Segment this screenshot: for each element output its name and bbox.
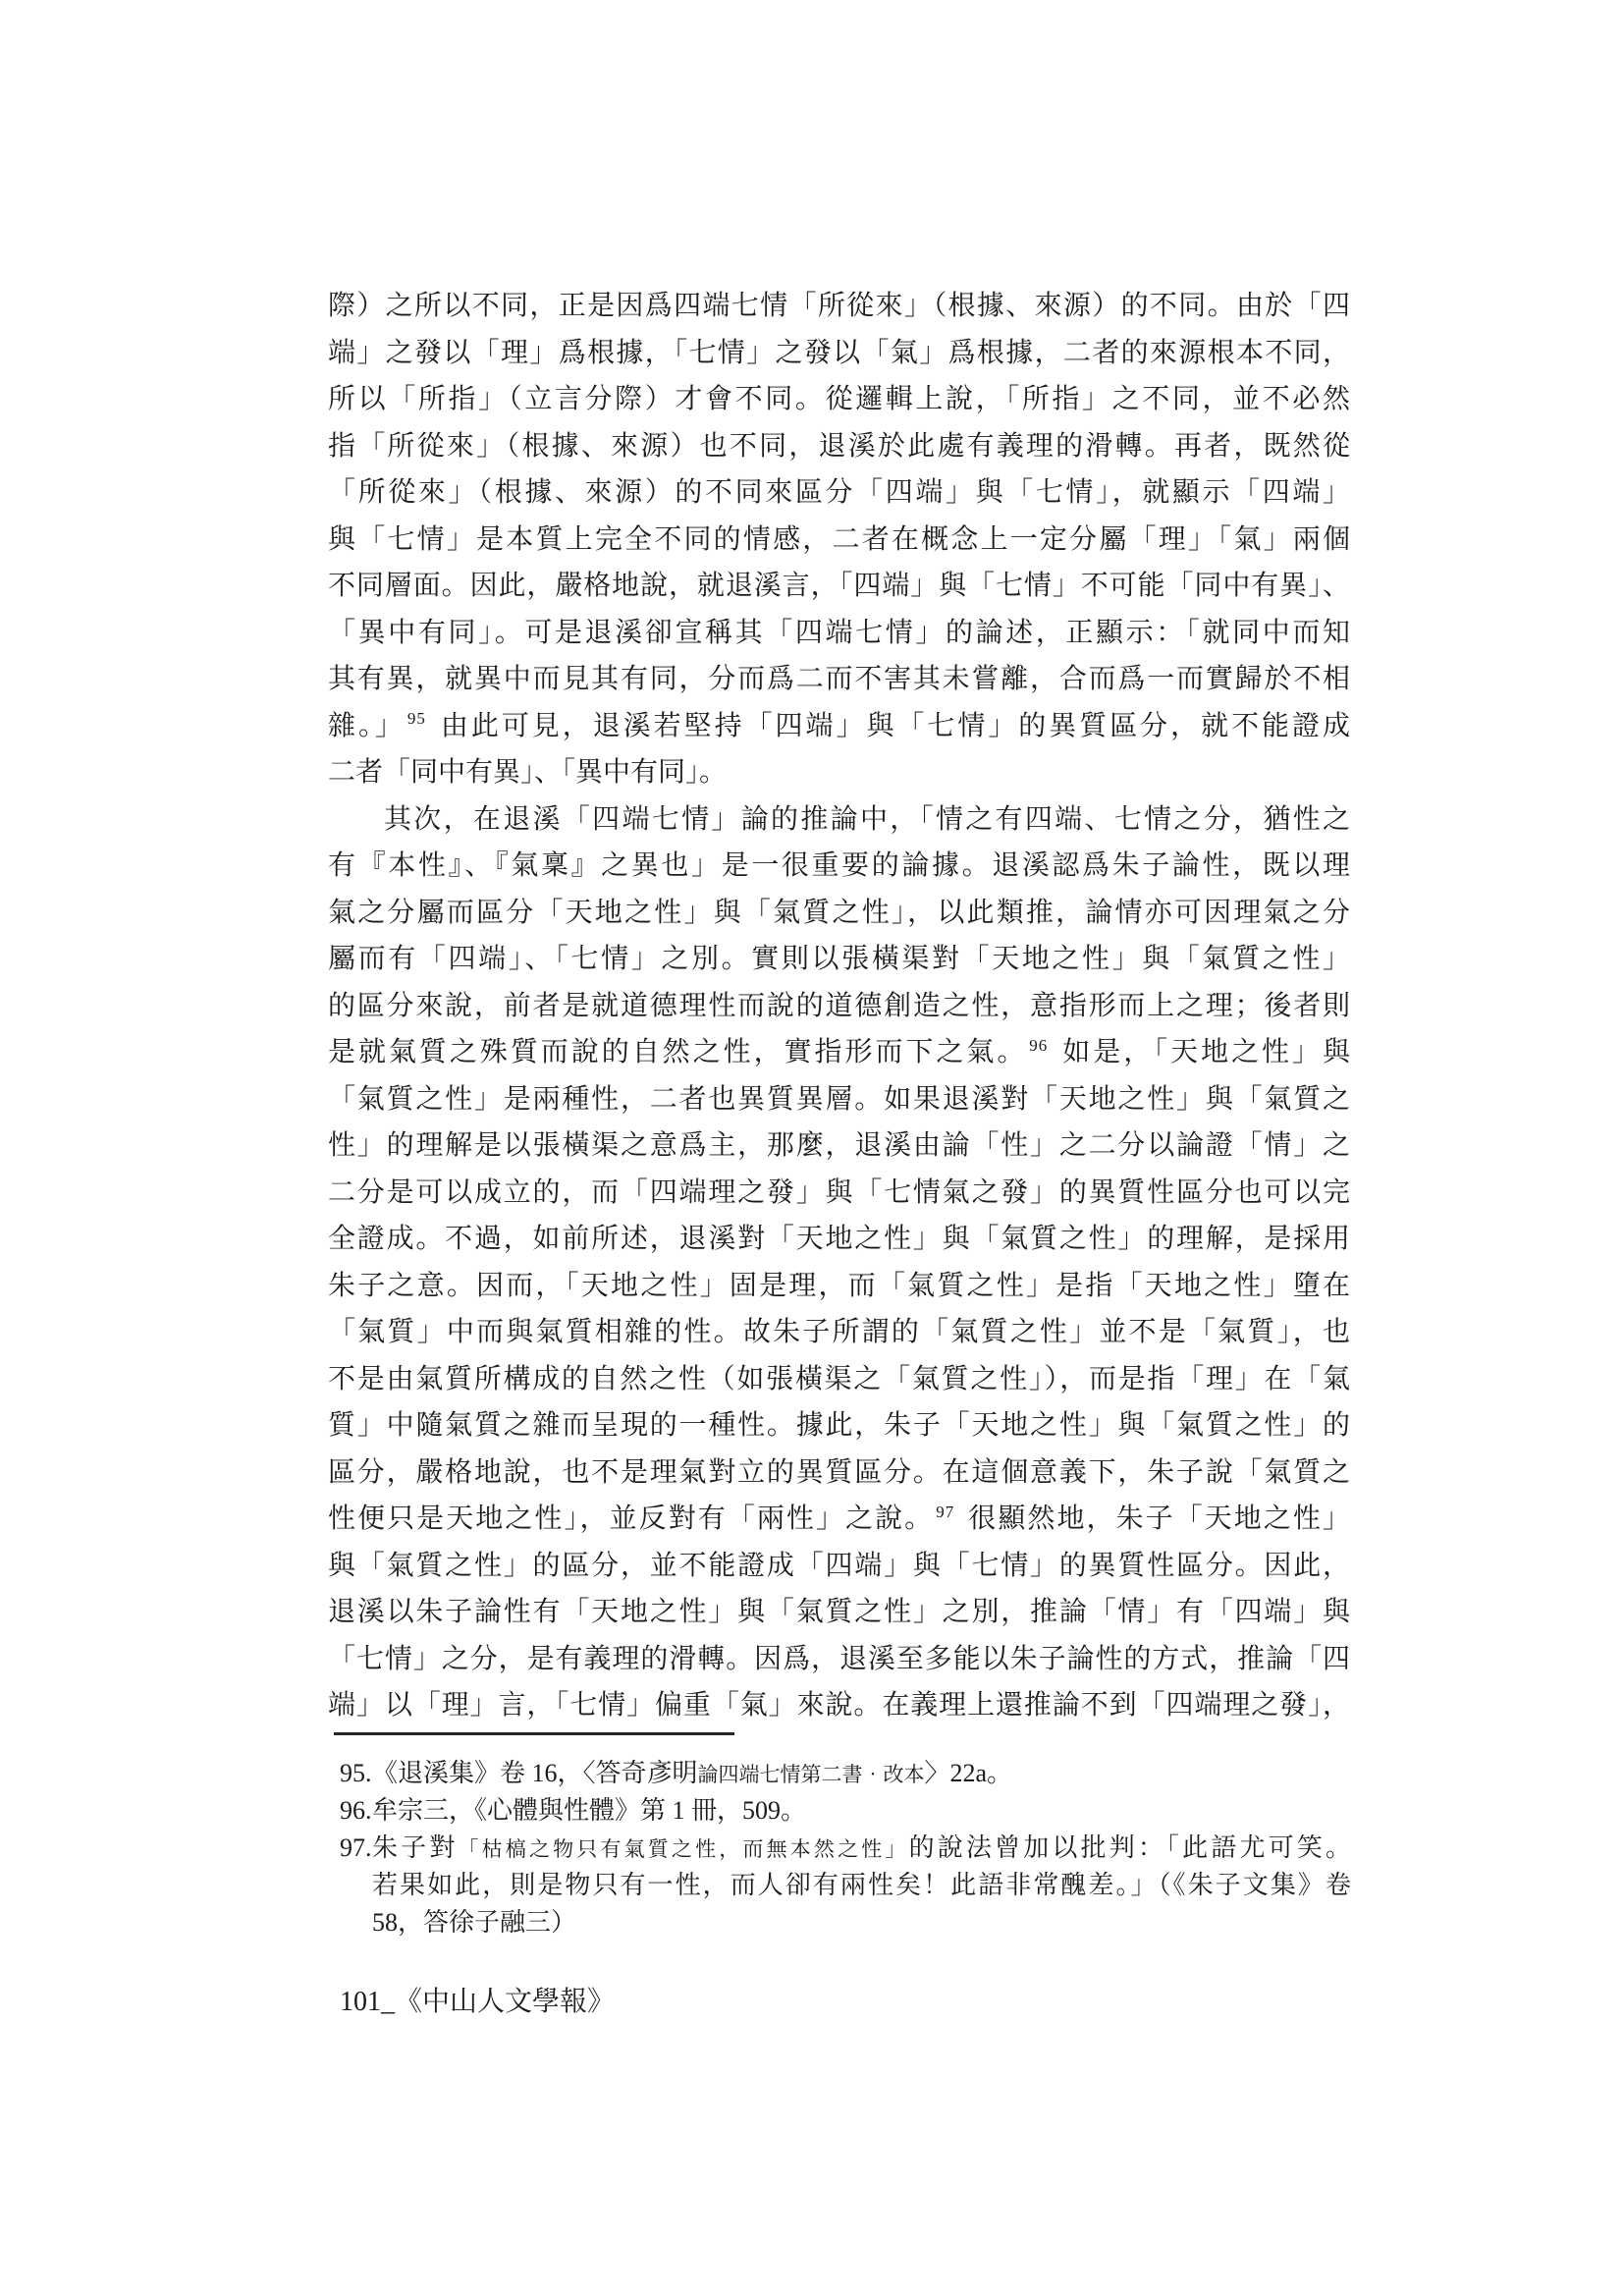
footnote-ref: 97 <box>936 1503 954 1521</box>
page-footer: 101_《中山人文學報》 <box>340 1986 615 2019</box>
body-line: 不同層面。因此，嚴格地說，就退溪言，「四端」與「七情」不可能「同中有異」、 <box>328 563 1350 610</box>
text-run: 全證成。不過，如前所述，退溪對「天地之性」與「氣質之性」的理解，是採用 <box>328 1224 1350 1254</box>
text-run: 與「氣質之性」的區分，並不能證成「四端」與「七情」的異質性區分。因此， <box>328 1551 1350 1581</box>
body-line: 朱子之意。因而，「天地之性」固是理，而「氣質之性」是指「天地之性」墮在 <box>328 1263 1350 1310</box>
text-run: 其次，在退溪「四端七情」論的推論中，「情之有四端、七情之分，猶性之 <box>384 804 1350 835</box>
text-run: 性」的理解是以張橫渠之意爲主，那麼，退溪由論「性」之二分以論證「情」之 <box>328 1130 1350 1161</box>
text-run: 際）之所以不同，正是因爲四端七情「所從來」（根據、來源）的不同。由於「四 <box>328 291 1350 321</box>
small-quote-text: 「枯槁之物只有氣質之性，而無本然之性」 <box>458 1837 908 1861</box>
body-line: 質」中隨氣質之雜而呈現的一種性。據此，朱子「天地之性」與「氣質之性」的 <box>328 1402 1350 1449</box>
body-line: 端」之發以「理」爲根據，「七情」之發以「氣」爲根據，二者的來源根本不同， <box>328 330 1350 377</box>
body-line: 全證成。不過，如前所述，退溪對「天地之性」與「氣質之性」的理解，是採用 <box>328 1216 1350 1263</box>
text-run: 區分，嚴格地說，也不是理氣對立的異質區分。在這個意義下，朱子說「氣質之 <box>328 1457 1350 1488</box>
footnote-number: 96. <box>340 1792 372 1830</box>
paragraph: 其次，在退溪「四端七情」論的推論中，「情之有四端、七情之分，猶性之有『本性』、『… <box>328 796 1350 1729</box>
text-run: 退溪以朱子論性有「天地之性」與「氣質之性」之別，推論「情」有「四端」與 <box>328 1597 1350 1627</box>
page-container: 際）之所以不同，正是因爲四端七情「所從來」（根據、來源）的不同。由於「四端」之發… <box>0 0 1623 2296</box>
body-line: 「七情」之分，是有義理的滑轉。因爲，退溪至多能以朱子論性的方式，推論「四 <box>328 1636 1350 1683</box>
text-run: 氣之分屬而區分「天地之性」與「氣質之性」，以此類推，論情亦可因理氣之分 <box>328 898 1350 928</box>
body-line: 有『本性』、『氣稟』之異也」是一很重要的論據。退溪認爲朱子論性，既以理 <box>328 843 1350 890</box>
small-quote-text: 論四端七情第二書‧改本 <box>698 1763 925 1786</box>
text-run: 其有異，就異中而見其有同，分而爲二而不害其未嘗離，合而爲一而實歸於不相 <box>328 664 1350 694</box>
body-line: 指「所從來」（根據、來源）也不同，退溪於此處有義理的滑轉。再者，既然從 <box>328 423 1350 470</box>
text-run: 《退溪集》卷 16，〈答奇彥明 <box>372 1759 698 1787</box>
body-line: 二者「同中有異」、「異中有同」。 <box>328 749 1350 796</box>
body-line: 「氣質之性」是兩種性，二者也異質異層。如果退溪對「天地之性」與「氣質之 <box>328 1076 1350 1123</box>
footnotes: 95.《退溪集》卷 16，〈答奇彥明論四端七情第二書‧改本〉22a。96.牟宗三… <box>340 1755 1351 1941</box>
footnote-number: 95. <box>340 1755 372 1792</box>
body-line: 是就氣質之殊質而說的自然之性，實指形而下之氣。96如是，「天地之性」與 <box>328 1029 1350 1076</box>
text-run: 「七情」之分，是有義理的滑轉。因爲，退溪至多能以朱子論性的方式，推論「四 <box>328 1644 1350 1674</box>
text-run: 有『本性』、『氣稟』之異也」是一很重要的論據。退溪認爲朱子論性，既以理 <box>328 850 1350 881</box>
footnote-ref: 96 <box>1029 1036 1048 1055</box>
footnote-ref: 95 <box>407 709 426 728</box>
body-line: 所以「所指」（立言分際）才會不同。從邏輯上說，「所指」之不同，並不必然 <box>328 376 1350 423</box>
paragraph: 際）之所以不同，正是因爲四端七情「所從來」（根據、來源）的不同。由於「四端」之發… <box>328 283 1350 796</box>
body-line: 雜。」95由此可見，退溪若堅持「四端」與「七情」的異質區分，就不能證成 <box>328 703 1350 750</box>
text-run: 很顯然地，朱子「天地之性」 <box>966 1503 1350 1534</box>
body-line: 氣之分屬而區分「天地之性」與「氣質之性」，以此類推，論情亦可因理氣之分 <box>328 890 1350 937</box>
text-run: 「異中有同」。可是退溪卻宣稱其「四端七情」的論述，正顯示：「就同中而知 <box>328 618 1350 648</box>
body-line: 屬而有「四端」、「七情」之別。實則以張橫渠對「天地之性」與「氣質之性」 <box>328 936 1350 983</box>
text-run: 若果如此，則是物只有一性，而人卻有兩性矣！此語非常醜差。」（《朱子文集》卷 <box>372 1871 1351 1899</box>
text-run: 58，答徐子融三） <box>372 1908 576 1937</box>
body-line: 不是由氣質所構成的自然之性（如張橫渠之「氣質之性」），而是指「理」在「氣 <box>328 1356 1350 1403</box>
text-run: 朱子之意。因而，「天地之性」固是理，而「氣質之性」是指「天地之性」墮在 <box>328 1271 1350 1301</box>
text-run: 指「所從來」（根據、來源）也不同，退溪於此處有義理的滑轉。再者，既然從 <box>328 431 1350 462</box>
footnote-separator <box>334 1732 734 1735</box>
footnote-number: 97. <box>340 1830 372 1867</box>
text-run: 的說法曾加以批判：「此語尤可笑。 <box>909 1833 1351 1862</box>
text-run: 雜。」 <box>328 711 406 741</box>
body-line: 其有異，就異中而見其有同，分而爲二而不害其未嘗離，合而爲一而實歸於不相 <box>328 656 1350 703</box>
body-text: 際）之所以不同，正是因爲四端七情「所從來」（根據、來源）的不同。由於「四端」之發… <box>328 283 1350 1729</box>
text-run: 性便只是天地之性」，並反對有「兩性」之說。 <box>328 1503 934 1534</box>
body-line: 區分，嚴格地說，也不是理氣對立的異質區分。在這個意義下，朱子說「氣質之 <box>328 1449 1350 1497</box>
footnote-line: 牟宗三，《心體與性體》第 1 冊，509。 <box>372 1792 1351 1830</box>
footnote-line: 若果如此，則是物只有一性，而人卻有兩性矣！此語非常醜差。」（《朱子文集》卷 <box>372 1867 1351 1904</box>
text-run: 由此可見，退溪若堅持「四端」與「七情」的異質區分，就不能證成 <box>438 711 1350 741</box>
body-line: 的區分來說，前者是就道德理性而說的道德創造之性，意指形而上之理；後者則 <box>328 983 1350 1030</box>
text-run: 是就氣質之殊質而說的自然之性，實指形而下之氣。 <box>328 1037 1027 1067</box>
footnote-item: 95.《退溪集》卷 16，〈答奇彥明論四端七情第二書‧改本〉22a。 <box>340 1755 1351 1792</box>
text-run: 的區分來說，前者是就道德理性而說的道德創造之性，意指形而上之理；後者則 <box>328 991 1350 1021</box>
body-line: 「所從來」（根據、來源）的不同來區分「四端」與「七情」，就顯示「四端」 <box>328 469 1350 517</box>
text-run: 〉22a。 <box>925 1759 1013 1787</box>
body-line: 其次，在退溪「四端七情」論的推論中，「情之有四端、七情之分，猶性之 <box>328 796 1350 844</box>
body-line: 「異中有同」。可是退溪卻宣稱其「四端七情」的論述，正顯示：「就同中而知 <box>328 610 1350 657</box>
text-run: 所以「所指」（立言分際）才會不同。從邏輯上說，「所指」之不同，並不必然 <box>328 384 1350 414</box>
text-run: 屬而有「四端」、「七情」之別。實則以張橫渠對「天地之性」與「氣質之性」 <box>328 944 1350 974</box>
text-run: 不是由氣質所構成的自然之性（如張橫渠之「氣質之性」），而是指「理」在「氣 <box>328 1364 1350 1394</box>
text-run: 「氣質」中而與氣質相雜的性。故朱子所謂的「氣質之性」並不是「氣質」，也 <box>328 1317 1350 1347</box>
body-line: 性」的理解是以張橫渠之意爲主，那麼，退溪由論「性」之二分以論證「情」之 <box>328 1122 1350 1170</box>
text-run: 朱子對 <box>372 1833 458 1862</box>
text-run: 「氣質之性」是兩種性，二者也異質異層。如果退溪對「天地之性」與「氣質之 <box>328 1084 1350 1115</box>
footnote-line: 朱子對「枯槁之物只有氣質之性，而無本然之性」的說法曾加以批判：「此語尤可笑。 <box>372 1830 1351 1867</box>
text-run: 端」以「理」言，「七情」偏重「氣」來說。在義理上還推論不到「四端理之發」， <box>328 1690 1350 1721</box>
footnote-line: 58，答徐子融三） <box>372 1904 1351 1941</box>
body-line: 與「七情」是本質上完全不同的情感，二者在概念上一定分屬「理」「氣」兩個 <box>328 517 1350 564</box>
text-run: 與「七情」是本質上完全不同的情感，二者在概念上一定分屬「理」「氣」兩個 <box>328 524 1350 555</box>
text-run: 質」中隨氣質之雜而呈現的一種性。據此，朱子「天地之性」與「氣質之性」的 <box>328 1410 1350 1441</box>
text-run: 「所從來」（根據、來源）的不同來區分「四端」與「七情」，就顯示「四端」 <box>328 477 1350 508</box>
body-line: 性便只是天地之性」，並反對有「兩性」之說。97很顯然地，朱子「天地之性」 <box>328 1496 1350 1543</box>
text-run: 不同層面。因此，嚴格地說，就退溪言，「四端」與「七情」不可能「同中有異」、 <box>328 571 1350 601</box>
body-line: 際）之所以不同，正是因爲四端七情「所從來」（根據、來源）的不同。由於「四 <box>328 283 1350 330</box>
footnote-item: 97.朱子對「枯槁之物只有氣質之性，而無本然之性」的說法曾加以批判：「此語尤可笑… <box>340 1830 1351 1941</box>
footnote-item: 96.牟宗三，《心體與性體》第 1 冊，509。 <box>340 1792 1351 1830</box>
text-run: 牟宗三，《心體與性體》第 1 冊，509。 <box>372 1796 806 1825</box>
body-line: 二分是可以成立的，而「四端理之發」與「七情氣之發」的異質性區分也可以完 <box>328 1170 1350 1217</box>
body-line: 與「氣質之性」的區分，並不能證成「四端」與「七情」的異質性區分。因此， <box>328 1543 1350 1590</box>
body-line: 退溪以朱子論性有「天地之性」與「氣質之性」之別，推論「情」有「四端」與 <box>328 1589 1350 1636</box>
text-run: 二者「同中有異」、「異中有同」。 <box>328 757 727 788</box>
text-run: 端」之發以「理」爲根據，「七情」之發以「氣」爲根據，二者的來源根本不同， <box>328 338 1350 368</box>
text-run: 二分是可以成立的，而「四端理之發」與「七情氣之發」的異質性區分也可以完 <box>328 1177 1350 1208</box>
text-run: 如是，「天地之性」與 <box>1059 1037 1350 1067</box>
footnote-line: 《退溪集》卷 16，〈答奇彥明論四端七情第二書‧改本〉22a。 <box>372 1755 1351 1792</box>
body-line: 「氣質」中而與氣質相雜的性。故朱子所謂的「氣質之性」並不是「氣質」，也 <box>328 1309 1350 1356</box>
body-line: 端」以「理」言，「七情」偏重「氣」來說。在義理上還推論不到「四端理之發」， <box>328 1682 1350 1729</box>
